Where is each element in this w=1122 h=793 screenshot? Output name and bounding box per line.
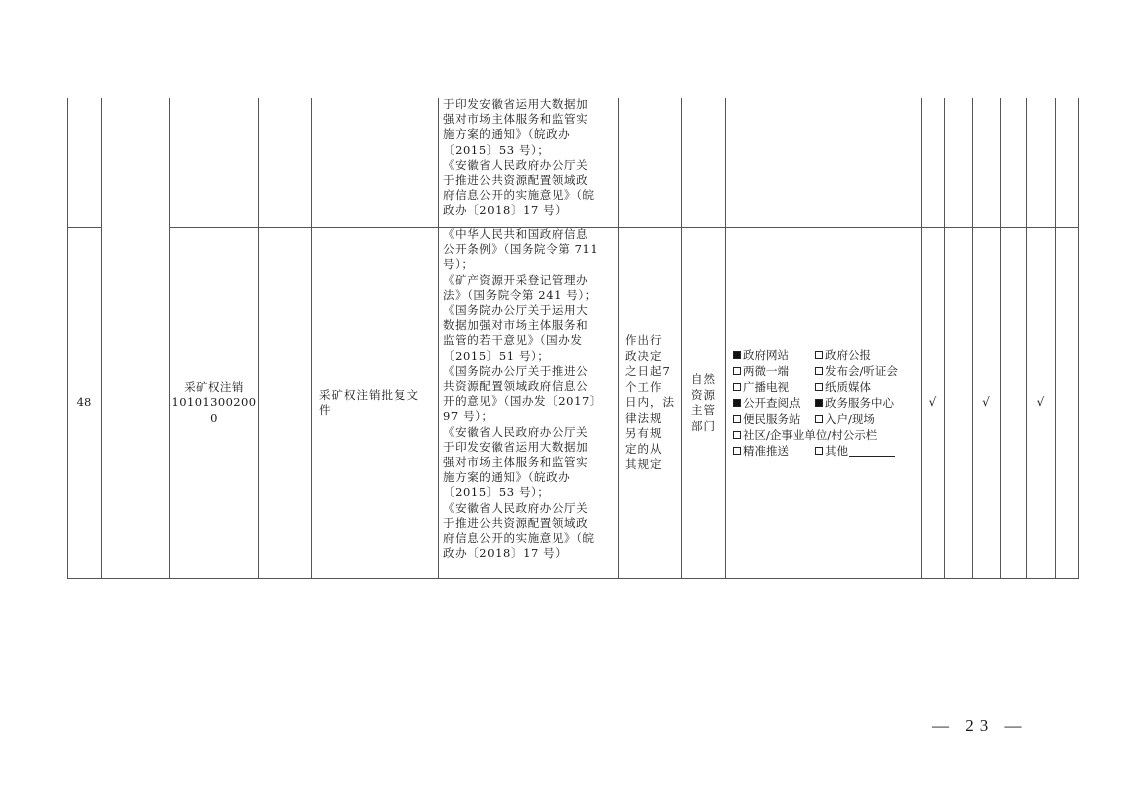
content-cell: 采矿权注销批复文 件 — [319, 228, 437, 578]
check-cell: √ — [921, 228, 944, 578]
channel-option-targeted-push[interactable]: 精准推送 — [733, 443, 815, 459]
column-divider — [725, 98, 726, 579]
subject-cell: 自然 资源 主管 部门 — [682, 228, 725, 578]
column-divider — [438, 98, 439, 579]
channel-option-social-media[interactable]: 两微一端 — [733, 363, 815, 379]
legal-basis-cell: 于印发安徽省运用大数据加 强对市场主体服务和监管实 施方案的通知》（皖政办 〔2… — [443, 97, 618, 219]
checked-box-icon — [733, 351, 741, 359]
channel-option-reading-point[interactable]: 公开查阅点 — [733, 395, 815, 411]
unchecked-box-icon — [815, 351, 823, 359]
unchecked-box-icon — [733, 447, 741, 455]
channel-row: 精准推送 其他 — [733, 443, 898, 459]
channels-cell: 政府网站 政府公报 两微一端 发布会/听证会 广播电视 纸质媒体 公开查阅点 政… — [733, 228, 921, 578]
channel-option-bulletin-board[interactable]: 社区/企事业单位/村公示栏 — [733, 427, 877, 443]
unchecked-box-icon — [815, 367, 823, 375]
check-cell: √ — [972, 228, 1000, 578]
channel-row: 广播电视 纸质媒体 — [733, 379, 898, 395]
column-divider — [101, 98, 102, 579]
other-fill-blank — [849, 445, 895, 457]
channel-row: 政府网站 政府公报 — [733, 347, 898, 363]
legal-basis-cell: 《中华人民共和国政府信息 公开条例》（国务院令第 711 号）； 《矿产资源开采… — [443, 227, 618, 561]
check-cell: √ — [1026, 228, 1055, 578]
unchecked-box-icon — [733, 367, 741, 375]
unchecked-box-icon — [815, 447, 823, 455]
channel-option-other[interactable]: 其他 — [815, 443, 895, 459]
check-cell — [1000, 228, 1026, 578]
channel-option-press-conference[interactable]: 发布会/听证会 — [815, 363, 898, 379]
row-index: 48 — [67, 228, 101, 578]
unchecked-box-icon — [733, 415, 741, 423]
column-divider — [311, 98, 312, 579]
check-cell — [944, 228, 972, 578]
channel-row: 社区/企事业单位/村公示栏 — [733, 427, 898, 443]
page-number: — 23 — — [932, 716, 1028, 736]
unchecked-box-icon — [733, 383, 741, 391]
channel-row: 公开查阅点 政务服务中心 — [733, 395, 898, 411]
column-divider — [618, 98, 619, 579]
column-divider — [258, 98, 259, 579]
channel-row: 两微一端 发布会/听证会 — [733, 363, 898, 379]
channel-option-service-center[interactable]: 政务服务中心 — [815, 395, 894, 411]
channel-row: 便民服务站 入户/现场 — [733, 411, 898, 427]
check-cell — [1055, 228, 1078, 578]
table-border-right — [1078, 98, 1079, 579]
channel-option-service-station[interactable]: 便民服务站 — [733, 411, 815, 427]
channel-option-gov-website[interactable]: 政府网站 — [733, 347, 815, 363]
unchecked-box-icon — [815, 383, 823, 391]
channel-option-on-site[interactable]: 入户/现场 — [815, 411, 875, 427]
time-limit-cell: 作出行 政决定 之日起7 个工作 日内，法 律法规 另有规 定的从 其规定 — [625, 228, 681, 578]
document-page: 于印发安徽省运用大数据加 强对市场主体服务和监管实 施方案的通知》（皖政办 〔2… — [0, 0, 1122, 793]
unchecked-box-icon — [733, 431, 741, 439]
channel-list: 政府网站 政府公报 两微一端 发布会/听证会 广播电视 纸质媒体 公开查阅点 政… — [733, 347, 898, 459]
channel-option-gov-gazette[interactable]: 政府公报 — [815, 347, 871, 363]
unchecked-box-icon — [815, 415, 823, 423]
channel-option-print-media[interactable]: 纸质媒体 — [815, 379, 871, 395]
checked-box-icon — [815, 399, 823, 407]
checked-box-icon — [733, 399, 741, 407]
table-border-bottom — [67, 578, 1079, 579]
item-name-cell: 采矿权注销 10101300200 0 — [170, 228, 258, 578]
channel-option-broadcast[interactable]: 广播电视 — [733, 379, 815, 395]
